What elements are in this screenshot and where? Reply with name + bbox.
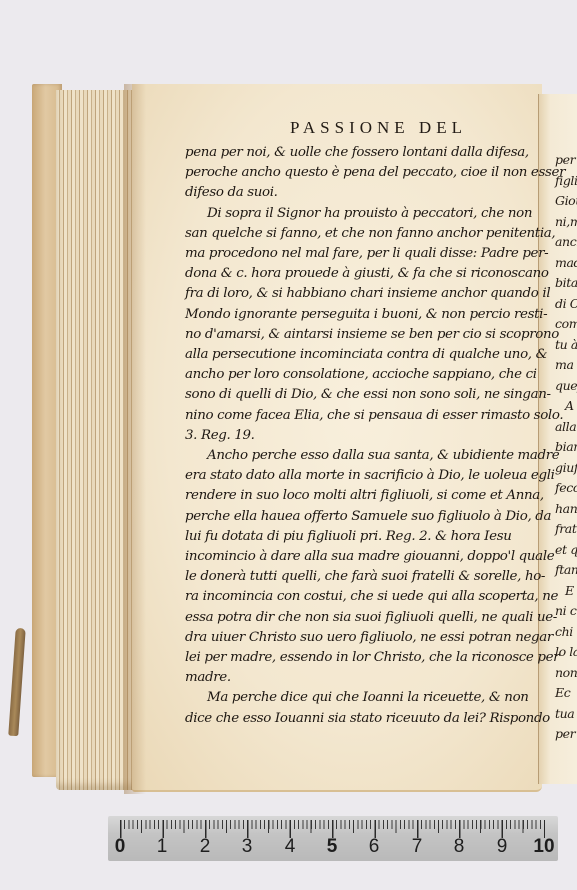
fragment-line: Giou: [555, 191, 577, 212]
fragment-line: figli: [555, 171, 577, 192]
fragment-line: feco: [555, 478, 577, 499]
ruler-label-6: 6: [369, 836, 380, 858]
fragment-line: Ec: [555, 683, 577, 704]
ruler-label-8: 8: [454, 836, 465, 858]
ruler-label-7: 7: [412, 836, 423, 858]
fragment-line: quef: [555, 376, 577, 397]
ruler-label-0: 0: [115, 836, 126, 858]
scale-ruler: 0 1 2 3 4 5 6 7 8 9 10: [108, 816, 558, 861]
paragraph-start-line: Di sopra il Signor ha prouisto à peccato…: [185, 204, 530, 224]
fragment-line: tu à: [555, 335, 577, 356]
ruler-label-2: 2: [200, 836, 211, 858]
fragment-line: tua: [555, 704, 577, 725]
fragment-line: ni ci: [555, 601, 577, 622]
text-line: era stato dato alla morte in sacrificio …: [185, 466, 530, 486]
fragment-line: frate: [555, 519, 577, 540]
fragment-line: giuf: [555, 458, 577, 479]
text-line: difeso da suoi.: [185, 183, 530, 203]
fragment-line: lo la: [555, 642, 577, 663]
paragraph-start-line: Ma perche dice qui che Ioanni la riceuet…: [185, 688, 530, 708]
fragment-line: madr: [555, 253, 577, 274]
ruler-label-1: 1: [157, 836, 168, 858]
text-line: incomincio à dare alla sua madre giouann…: [185, 547, 530, 567]
citation-line: 3. Reg. 19.: [185, 426, 530, 446]
text-line: Mondo ignorante perseguita i buoni, & no…: [185, 305, 530, 325]
text-line: ancho per loro consolatione, accioche sa…: [185, 365, 530, 385]
ruler-label-4: 4: [285, 836, 296, 858]
text-line: lei per madre, essendo in lor Christo, c…: [185, 648, 530, 668]
ruler-label-10: 10: [533, 836, 554, 858]
fragment-line: ma n: [555, 355, 577, 376]
text-line: madre.: [185, 668, 530, 688]
text-line: le donerà tutti quelli, che farà suoi fr…: [185, 567, 530, 587]
text-line: ra incomincia con costui, che si uede qu…: [185, 587, 530, 607]
text-line: no d'amarsi, & aintarsi insieme se ben p…: [185, 325, 530, 345]
running-head: PASSIONE DEL: [290, 118, 467, 138]
text-line: rendere in suo loco molti altri figliuol…: [185, 486, 530, 506]
fragment-line: chi: [555, 622, 577, 643]
text-line: san quelche si fanno, et che non fanno a…: [185, 224, 530, 244]
right-page-text-fragment: per figli Giou ni,m ancho madr bitar di …: [555, 150, 577, 745]
text-line: peroche ancho questo è pena del peccato,…: [185, 163, 530, 183]
fragment-line: E: [555, 581, 577, 602]
text-line: pena per noi, & uolle che fossero lontan…: [185, 143, 530, 163]
ruler-label-3: 3: [242, 836, 253, 858]
bookmark-ribbon: [8, 628, 26, 736]
fragment-line: bitar: [555, 273, 577, 294]
text-line: dice che esso Iouanni sia stato riceuuto…: [185, 709, 530, 729]
text-line: alla persecutione incominciata contra di…: [185, 345, 530, 365]
text-line: sono di quelli di Dio, & che essi non so…: [185, 385, 530, 405]
fragment-line: ancho: [555, 232, 577, 253]
ruler-label-5: 5: [327, 836, 338, 858]
ruler-label-9: 9: [497, 836, 508, 858]
text-line: ma procedono nel mal fare, per li quali …: [185, 244, 530, 264]
text-line: lui fu dotata di piu figliuoli pri. Reg.…: [185, 527, 530, 547]
fragment-line: di Ch: [555, 294, 577, 315]
text-line: dra uiuer Christo suo uero figliuolo, ne…: [185, 628, 530, 648]
text-line: nino come facea Elia, che si pensaua di …: [185, 406, 530, 426]
fragment-line: ni,m: [555, 212, 577, 233]
text-line: fra di loro, & si habbiano chari insieme…: [185, 284, 530, 304]
left-page-text: pena per noi, & uolle che fossero lontan…: [185, 143, 530, 729]
fragment-line: et qu: [555, 540, 577, 561]
fragment-line: alla: [555, 417, 577, 438]
text-line: dona & c. hora prouede à giusti, & fa ch…: [185, 264, 530, 284]
fragment-line: han: [555, 499, 577, 520]
fragment-line: ftam: [555, 560, 577, 581]
paragraph-start-line: Ancho perche esso dalla sua santa, & ubi…: [185, 446, 530, 466]
fragment-line: coma: [555, 314, 577, 335]
fragment-line: bian: [555, 437, 577, 458]
text-line: perche ella haueа offerto Samuele suo fi…: [185, 507, 530, 527]
fragment-line: per: [555, 150, 577, 171]
fragment-line: A: [555, 396, 577, 417]
fragment-line: per: [555, 724, 577, 745]
text-line: essa potra dir che non sia suoi figliuol…: [185, 608, 530, 628]
page-gutter-shadow: [124, 84, 146, 794]
fragment-line: non: [555, 663, 577, 684]
